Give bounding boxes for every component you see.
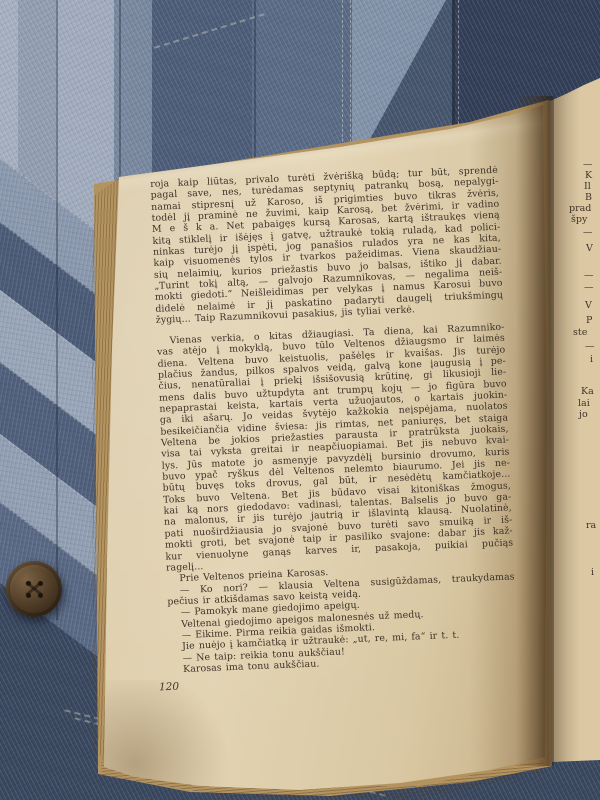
right-page-text-fragment: lai [578,399,590,409]
right-page-text-fragment: V [585,301,592,311]
right-page-text-fragment: jo [579,410,588,420]
text-column: roja kaip liūtas, privalo turėti žvėrišk… [150,165,518,676]
right-page-text-fragment: prad [569,204,591,214]
button-hole [38,581,43,586]
right-page-text-fragment: — [583,228,593,238]
right-page-text-fragment: P [586,316,592,326]
page-number: 120 [159,681,179,694]
button-hole [26,593,31,598]
right-page-text-fragment: — [584,271,594,281]
button-hole [38,593,43,598]
right-page-text-fragment: — [583,160,593,170]
paragraph: roja kaip liūtas, privalo turėti žvėrišk… [150,165,504,327]
right-page-text-fragment: ste [573,328,587,338]
seam-line [56,0,58,620]
right-page-text-fragment: K [585,171,592,181]
photo-scene: roja kaip liūtas, privalo turėti žvėrišk… [0,0,600,800]
right-page-text-fragment: Il [584,182,591,192]
right-page-text-fragment: B [585,193,592,203]
right-page-text-fragment: V [586,244,593,254]
right-page-text-fragment: ra [586,521,596,531]
jeans-button [6,561,62,617]
right-page-text-fragment: Ka [581,387,594,397]
right-page-text-fragment: špy [571,215,587,225]
paragraph: Vienas verkia, o kitas džiaugiasi. Ta di… [156,322,513,574]
button-hole [26,581,31,586]
book-gutter-shadow [516,96,554,766]
right-page-text-fragment: — [584,283,594,293]
right-page-text-fragment: — [585,342,595,352]
right-page-text-fragment: i [590,355,593,365]
right-page-text-fragment: i [591,568,594,578]
